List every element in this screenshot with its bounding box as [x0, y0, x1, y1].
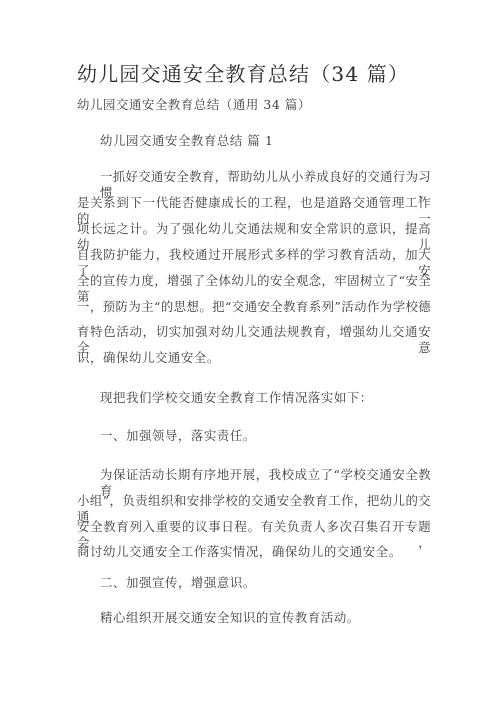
paragraph-line: 精心组织开展交通安全知识的宣传教育活动。	[100, 610, 360, 626]
section-one-heading: 一、加强领导，落实责任。	[100, 428, 256, 444]
document-title: 幼儿园交通安全教育总结（34 篇）	[77, 62, 409, 86]
paragraph-line: 商讨幼儿交通安全工作落实情况，确保幼儿的交通安全。	[77, 544, 402, 560]
section-heading: 幼儿园交通安全教育总结 篇 1	[100, 133, 273, 149]
document-subtitle: 幼儿园交通安全教育总结（通用 34 篇）	[77, 97, 311, 113]
paragraph-line: 现把我们学校交通安全教育工作情况落实如下：	[100, 390, 373, 406]
paragraph-line: 一，预防为主“的思想。把“交通安全教育系列”活动作为学校德	[77, 299, 431, 315]
paragraph-line: 识，确保幼儿交通安全。	[77, 350, 220, 366]
section-two-heading: 二、加强宣传，增强意识。	[100, 575, 256, 591]
